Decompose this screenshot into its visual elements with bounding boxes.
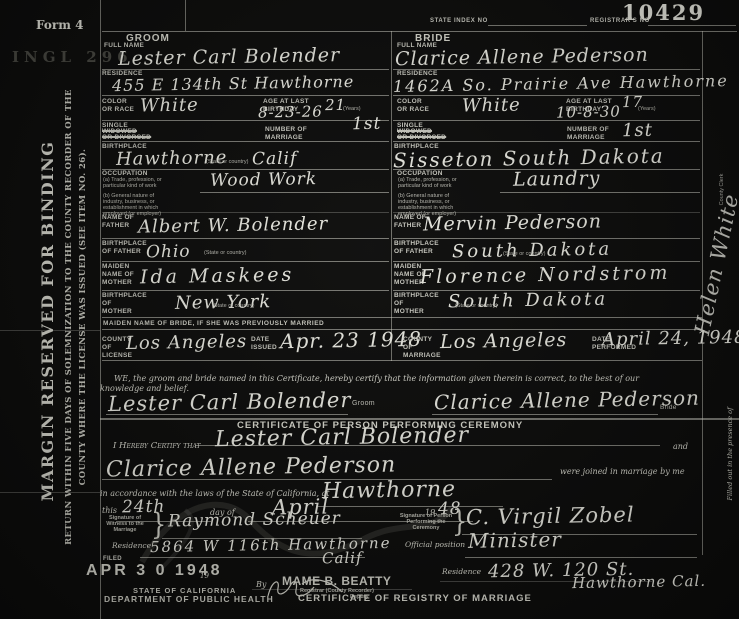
rule (648, 25, 736, 26)
county-clerk-title: County Clerk (719, 147, 725, 232)
margin-return-line1: RETURN WITHIN FIVE DAYS OF SOLEMNIZATION… (64, 56, 74, 578)
rule (393, 120, 700, 121)
county-clerk-signature: Helen White (690, 97, 739, 337)
groom-mother-label: MAIDEN NAME OF MOTHER (102, 263, 136, 287)
bride-mother-birthplace-label: BIRTHPLACE OF MOTHER (394, 292, 434, 316)
margin-return-line2: COUNTY WHERE THE LICENSE WAS ISSUED (SEE… (78, 56, 88, 578)
county-of-license-value: Los Angeles (126, 331, 248, 354)
form-number: Form 4 (36, 18, 83, 32)
groom-full-name-value: Lester Carl Bolender (118, 44, 340, 70)
county-of-marriage-label: COUNTY OF MARRIAGE (403, 336, 443, 360)
groom-mother-birthplace-label: BIRTHPLACE OF MOTHER (102, 292, 142, 316)
groom-signature: Lester Carl Bolender (108, 388, 352, 416)
groom-father-birthplace-value: Ohio (146, 242, 191, 263)
rule (102, 31, 737, 32)
registrar-number: 10429 (622, 0, 705, 25)
bride-marriage-number-label: NUMBER OF MARRIAGE (567, 126, 615, 142)
groom-marriage-number-value: 1st (352, 114, 382, 135)
bride-signature-label: Bride (660, 404, 677, 412)
bride-marriage-number-value: 1st (622, 120, 653, 142)
groom-birthplace-country-label: (State or country) (206, 159, 249, 165)
rule (102, 317, 702, 318)
faint-pencil-scribble (130, 480, 460, 575)
groom-years-label: (Years) (343, 106, 361, 112)
groom-mother-value: Ida Maskees (140, 264, 295, 289)
rule (488, 25, 587, 26)
rule (465, 557, 697, 558)
bride-birthdate-value: 10-8-30 (556, 102, 621, 121)
bride-years-label: (Years) (638, 106, 656, 112)
rule (102, 261, 389, 262)
date-issued-label: DATE ISSUED (251, 336, 277, 352)
ceremony-groom-name: Lester Carl Bolender (215, 423, 469, 452)
department-label: DEPARTMENT OF PUBLIC HEALTH (104, 594, 274, 605)
rule (185, 0, 186, 31)
bride-father-value: Mervin Pederson (423, 210, 602, 235)
margin-binding-title: MARGIN RESERVED FOR BINDING (38, 137, 57, 505)
groom-birthplace-state-value: Calif (252, 149, 298, 170)
groom-divorced-label: OR DIVORCED (102, 134, 151, 142)
performer-residence-value2: Hawthorne Cal. (572, 572, 706, 592)
groom-occupation-value: Wood Work (210, 169, 317, 191)
date-issued-value: Apr. 23 1948 (280, 327, 422, 353)
groom-father-value: Albert W. Bolender (138, 213, 328, 237)
performer-signature-value: C. Virgil Zobel (466, 503, 635, 530)
state-index-label: STATE INDEX NO (430, 18, 488, 26)
margin-rule (100, 0, 101, 619)
rule (200, 192, 389, 193)
maiden-name-previous-label: MAIDEN NAME OF BRIDE, IF SHE WAS PREVIOU… (103, 320, 324, 328)
groom-father-birthplace-label: BIRTHPLACE OF FATHER (102, 240, 142, 256)
this-label: this (102, 506, 117, 515)
groom-mother-country-label: (State or country) (212, 303, 255, 309)
groom-signature-label: Groom (352, 400, 375, 409)
rule (432, 414, 658, 415)
bride-mother-value: Florence Nordstrom (420, 262, 671, 288)
filled-in-presence-note: Filled out in the presence of (726, 391, 734, 517)
certification-statement-line1: WE, the groom and bride named in this Ce… (114, 374, 639, 383)
rule (393, 95, 700, 96)
bride-color-label: COLOR OR RACE (397, 98, 431, 114)
groom-occupation-a-label: (a) Trade, profession, or particular kin… (103, 177, 165, 189)
bride-full-name-value: Clarice Allene Pederson (395, 44, 649, 70)
bride-occupation-a-label: (a) Trade, profession, or particular kin… (398, 177, 460, 189)
bride-divorced-label: OR DIVORCED (397, 134, 446, 142)
bride-color-value: White (462, 94, 521, 116)
groom-residence-value: 455 E 134th St Hawthorne (112, 72, 354, 95)
bride-father-country-label: (State or country) (503, 251, 546, 257)
rule (102, 238, 389, 239)
column-divider (391, 31, 392, 361)
bride-father-birthplace-label: BIRTHPLACE OF FATHER (394, 240, 434, 256)
rule (102, 360, 702, 361)
county-of-marriage-value: Los Angeles (440, 329, 568, 353)
groom-birthdate-value: 8-23-26 (258, 102, 323, 121)
marriage-certificate-document: Form 4 INGL 296 STATE INDEX NO REGISTRAR… (0, 0, 739, 619)
bride-mother-country-label: (State or country) (455, 303, 498, 309)
and-label: and (673, 442, 688, 451)
groom-color-value: White (140, 94, 199, 116)
groom-marriage-number-label: NUMBER OF MARRIAGE (265, 126, 313, 142)
official-position-value: Minister (468, 527, 562, 553)
date-performed-value: April 24, 1948 (602, 327, 739, 351)
groom-father-country-label: (State or country) (204, 250, 247, 256)
joined-in-marriage-label: were joined in marriage by me (560, 467, 685, 476)
bride-occupation-value: Laundry (513, 167, 601, 191)
bride-residence-value: 1462A So. Prairie Ave Hawthorne (393, 71, 729, 96)
rule (500, 192, 700, 193)
hereby-certify-label: I Hereby Certify that (113, 441, 200, 451)
registry-title: CERTIFICATE OF REGISTRY OF MARRIAGE (298, 593, 532, 605)
groom-color-label: COLOR OR RACE (102, 98, 136, 114)
groom-father-label: NAME OF FATHER (102, 214, 136, 230)
rule (102, 120, 389, 121)
